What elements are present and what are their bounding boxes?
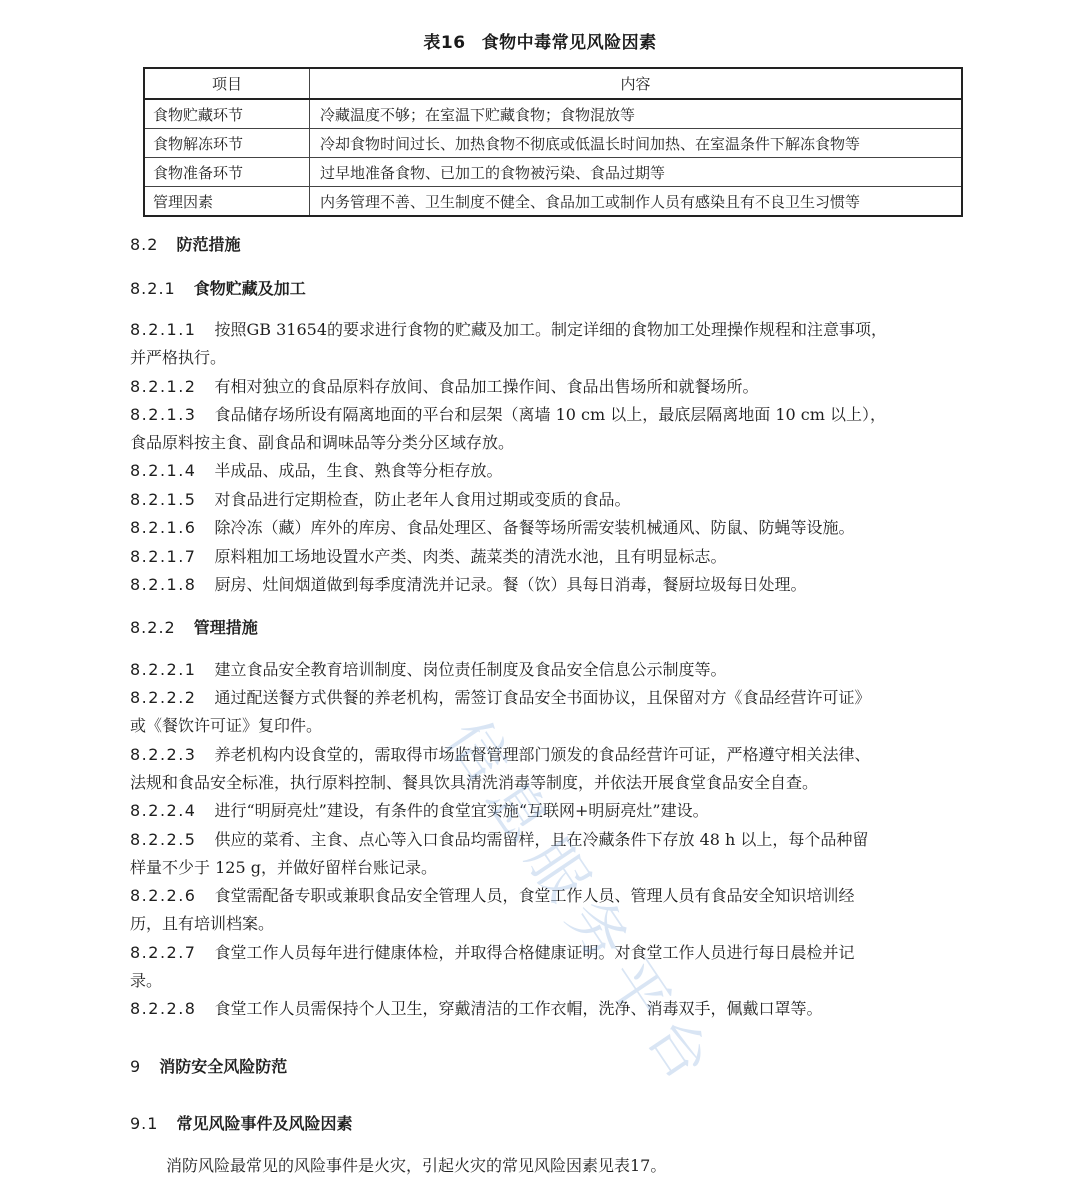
table-caption: 表16食物中毒常见风险因素 bbox=[0, 28, 1080, 53]
cell-item: 管理因素 bbox=[144, 187, 310, 217]
paragraph-continuation: 录。 bbox=[130, 967, 162, 995]
paragraph-continuation: 食品原料按主食、副食品和调味品等分类分区域存放。 bbox=[130, 429, 514, 457]
paragraph-8-2-2-7: 8.2.2.7食堂工作人员每年进行健康体检，并取得合格健康证明。对食堂工作人员进… bbox=[130, 939, 855, 967]
table-title: 食物中毒常见风险因素 bbox=[482, 33, 657, 53]
table-number: 表16 bbox=[423, 33, 465, 53]
header-item: 项目 bbox=[144, 68, 310, 99]
paragraph-8-2-1-2: 8.2.1.2有相对独立的食品原料存放间、食品加工操作间、食品出售场所和就餐场所… bbox=[130, 373, 759, 401]
paragraph-8-2-2-2: 8.2.2.2通过配送餐方式供餐的养老机构，需签订食品安全书面协议，且保留对方《… bbox=[130, 684, 871, 712]
paragraph-continuation: 并严格执行。 bbox=[130, 344, 226, 372]
food-poisoning-risk-table: 项目 内容 食物贮藏环节 冷藏温度不够；在室温下贮藏食物；食物混放等 食物解冻环… bbox=[143, 67, 963, 217]
paragraph-8-2-1-6: 8.2.1.6除冷冻（藏）库外的库房、食品处理区、备餐等场所需安装机械通风、防鼠… bbox=[130, 514, 855, 542]
section-heading-9-1: 9.1常见风险事件及风险因素 bbox=[130, 1110, 352, 1138]
cell-content: 冷却食物时间过长、加热食物不彻底或低温长时间加热、在室温条件下解冻食物等 bbox=[310, 129, 963, 158]
section-heading-9: 9消防安全风险防范 bbox=[130, 1053, 287, 1081]
paragraph-continuation: 历，且有培训档案。 bbox=[130, 910, 274, 938]
table-row: 食物贮藏环节 冷藏温度不够；在室温下贮藏食物；食物混放等 bbox=[144, 99, 962, 129]
paragraph-8-2-2-3: 8.2.2.3养老机构内设食堂的，需取得市场监督管理部门颁发的食品经营许可证，严… bbox=[130, 741, 871, 769]
paragraph-8-2-1-5: 8.2.1.5对食品进行定期检查，防止老年人食用过期或变质的食品。 bbox=[130, 486, 631, 514]
section-heading-8-2: 8.2防范措施 bbox=[130, 231, 240, 259]
cell-item: 食物解冻环节 bbox=[144, 129, 310, 158]
section-heading-8-2-1: 8.2.1食物贮藏及加工 bbox=[130, 275, 306, 303]
table-header-row: 项目 内容 bbox=[144, 68, 962, 99]
paragraph-continuation: 或《餐饮许可证》复印件。 bbox=[130, 712, 322, 740]
paragraph-8-2-1-7: 8.2.1.7原料粗加工场地设置水产类、肉类、蔬菜类的清洗水池，且有明显标志。 bbox=[130, 543, 727, 571]
document-page: 表16食物中毒常见风险因素 项目 内容 食物贮藏环节 冷藏温度不够；在室温下贮藏… bbox=[0, 0, 1080, 1190]
section-9-1-body: 消防风险最常见的风险事件是火灾，引起火灾的常见风险因素见表17。 bbox=[166, 1152, 666, 1180]
paragraph-continuation: 样量不少于 125 g，并做好留样台账记录。 bbox=[130, 854, 437, 882]
paragraph-8-2-1-3: 8.2.1.3食品储存场所设有隔离地面的平台和层架（离墙 10 cm 以上，最底… bbox=[130, 401, 886, 429]
paragraph-8-2-2-6: 8.2.2.6食堂需配备专职或兼职食品安全管理人员，食堂工作人员、管理人员有食品… bbox=[130, 882, 855, 910]
paragraph-8-2-2-1: 8.2.2.1建立食品安全教育培训制度、岗位责任制度及食品安全信息公示制度等。 bbox=[130, 656, 727, 684]
paragraph-8-2-2-5: 8.2.2.5供应的菜肴、主食、点心等入口食品均需留样，且在冷藏条件下存放 48… bbox=[130, 826, 868, 854]
cell-item: 食物准备环节 bbox=[144, 158, 310, 187]
cell-content: 过早地准备食物、已加工的食物被污染、食品过期等 bbox=[310, 158, 963, 187]
header-content: 内容 bbox=[310, 68, 963, 99]
table-row: 食物解冻环节 冷却食物时间过长、加热食物不彻底或低温长时间加热、在室温条件下解冻… bbox=[144, 129, 962, 158]
table-row: 食物准备环节 过早地准备食物、已加工的食物被污染、食品过期等 bbox=[144, 158, 962, 187]
section-heading-8-2-2: 8.2.2管理措施 bbox=[130, 614, 258, 642]
paragraph-8-2-1-1: 8.2.1.1按照GB 31654的要求进行食物的贮藏及加工。制定详细的食物加工… bbox=[130, 316, 887, 344]
cell-item: 食物贮藏环节 bbox=[144, 99, 310, 129]
cell-content: 内务管理不善、卫生制度不健全、食品加工或制作人员有感染且有不良卫生习惯等 bbox=[310, 187, 963, 217]
paragraph-8-2-2-8: 8.2.2.8食堂工作人员需保持个人卫生，穿戴清洁的工作衣帽，洗净、消毒双手，佩… bbox=[130, 995, 823, 1023]
paragraph-8-2-2-4: 8.2.2.4进行“明厨亮灶”建设，有条件的食堂宜实施“互联网+明厨亮灶”建设。 bbox=[130, 797, 709, 825]
table-row: 管理因素 内务管理不善、卫生制度不健全、食品加工或制作人员有感染且有不良卫生习惯… bbox=[144, 187, 962, 217]
paragraph-8-2-1-8: 8.2.1.8厨房、灶间烟道做到每季度清洗并记录。餐（饮）具每日消毒，餐厨垃圾每… bbox=[130, 571, 807, 599]
cell-content: 冷藏温度不够；在室温下贮藏食物；食物混放等 bbox=[310, 99, 963, 129]
paragraph-8-2-1-4: 8.2.1.4半成品、成品，生食、熟食等分柜存放。 bbox=[130, 457, 503, 485]
paragraph-continuation: 法规和食品安全标准，执行原料控制、餐具饮具清洗消毒等制度，并依法开展食堂食品安全… bbox=[130, 769, 818, 797]
